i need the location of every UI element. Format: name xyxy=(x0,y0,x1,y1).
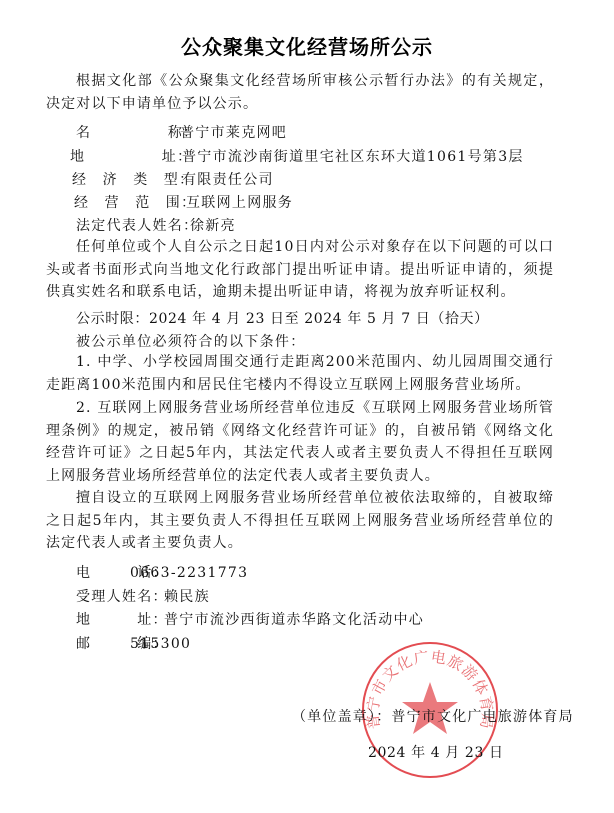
business-scope-row: 经 营 范 围：互联网上网服务 xyxy=(74,194,293,212)
signature-date: 2024 年 4 月 23 日 xyxy=(368,742,504,762)
applicant-name-label: 名 称： xyxy=(76,124,180,142)
economic-type-value: 有限责任公司 xyxy=(182,172,274,188)
objection-paragraph: 任何单位或个人自公示之日起10日内对公示对象存在以下问题的可以口头或者书面形式向… xyxy=(46,236,554,304)
contact-phone-row: 电 话：0663-2231773 xyxy=(76,564,248,582)
contact-handler-label: 受理人姓名： xyxy=(76,588,164,606)
notice-period: 公示时限：2024 年 4 月 23 日至 2024 年 5 月 7 日（拾天） xyxy=(76,310,489,328)
contact-postcode-label: 邮 编： xyxy=(76,635,130,653)
contact-handler-value: 赖民族 xyxy=(164,589,210,605)
contact-address-row: 地 址：普宁市流沙西街道赤华路文化活动中心 xyxy=(76,611,424,629)
intro-paragraph: 根据文化部《公众聚集文化经营场所审核公示暂行办法》的有关规定，决定对以下申请单位… xyxy=(46,70,554,115)
contact-postcode-row: 邮 编：515300 xyxy=(76,635,191,653)
contact-phone-value: 0663-2231773 xyxy=(130,565,248,581)
conditions-heading: 被公示单位必须符合的以下条件： xyxy=(76,333,306,351)
contact-address-label: 地 址： xyxy=(76,611,164,629)
economic-type-row: 经 济 类 型：有限责任公司 xyxy=(72,171,274,189)
business-scope-value: 互联网上网服务 xyxy=(186,195,293,211)
business-scope-label: 经 营 范 围： xyxy=(74,194,186,212)
legal-rep-value: 徐新亮 xyxy=(190,218,236,234)
applicant-address-row: 地 址：普宁市流沙南街道里宅社区东环大道1061号第3层 xyxy=(70,148,524,166)
applicant-address-label: 地 址： xyxy=(70,148,182,166)
document-title: 公众聚集文化经营场所公示 xyxy=(0,31,614,60)
economic-type-label: 经 济 类 型： xyxy=(72,171,182,189)
condition-item-3: 擅自设立的互联网上网服务营业场所经营单位被依法取缔的，自被取缔之日起5年内，其主… xyxy=(46,487,554,555)
legal-rep-row: 法定代表人姓名：徐新亮 xyxy=(76,217,236,235)
contact-postcode-value: 515300 xyxy=(130,636,191,652)
contact-address-value: 普宁市流沙西街道赤华路文化活动中心 xyxy=(164,612,424,628)
applicant-name-row: 名 称：普宁市莱克网吧 xyxy=(76,124,287,142)
seal-label: （单位盖章）： xyxy=(292,709,391,725)
contact-phone-label: 电 话： xyxy=(76,564,130,582)
condition-item-2: 2. 互联网上网服务营业场所经营单位违反《互联网上网服务营业场所管理条例》的规定… xyxy=(46,397,554,487)
contact-handler-row: 受理人姓名：赖民族 xyxy=(76,588,210,606)
legal-rep-label: 法定代表人姓名： xyxy=(76,217,190,235)
applicant-name-value: 普宁市莱克网吧 xyxy=(180,125,287,141)
applicant-address-value: 普宁市流沙南街道里宅社区东环大道1061号第3层 xyxy=(182,149,524,165)
signing-organization: 普宁市文化广电旅游体育局 xyxy=(391,709,573,725)
signature-row: （单位盖章）：普宁市文化广电旅游体育局 xyxy=(292,706,574,726)
condition-item-1: 1. 中学、小学校园周围交通行走距离200米范围内、幼儿园周围交通行走距离100… xyxy=(46,351,554,396)
